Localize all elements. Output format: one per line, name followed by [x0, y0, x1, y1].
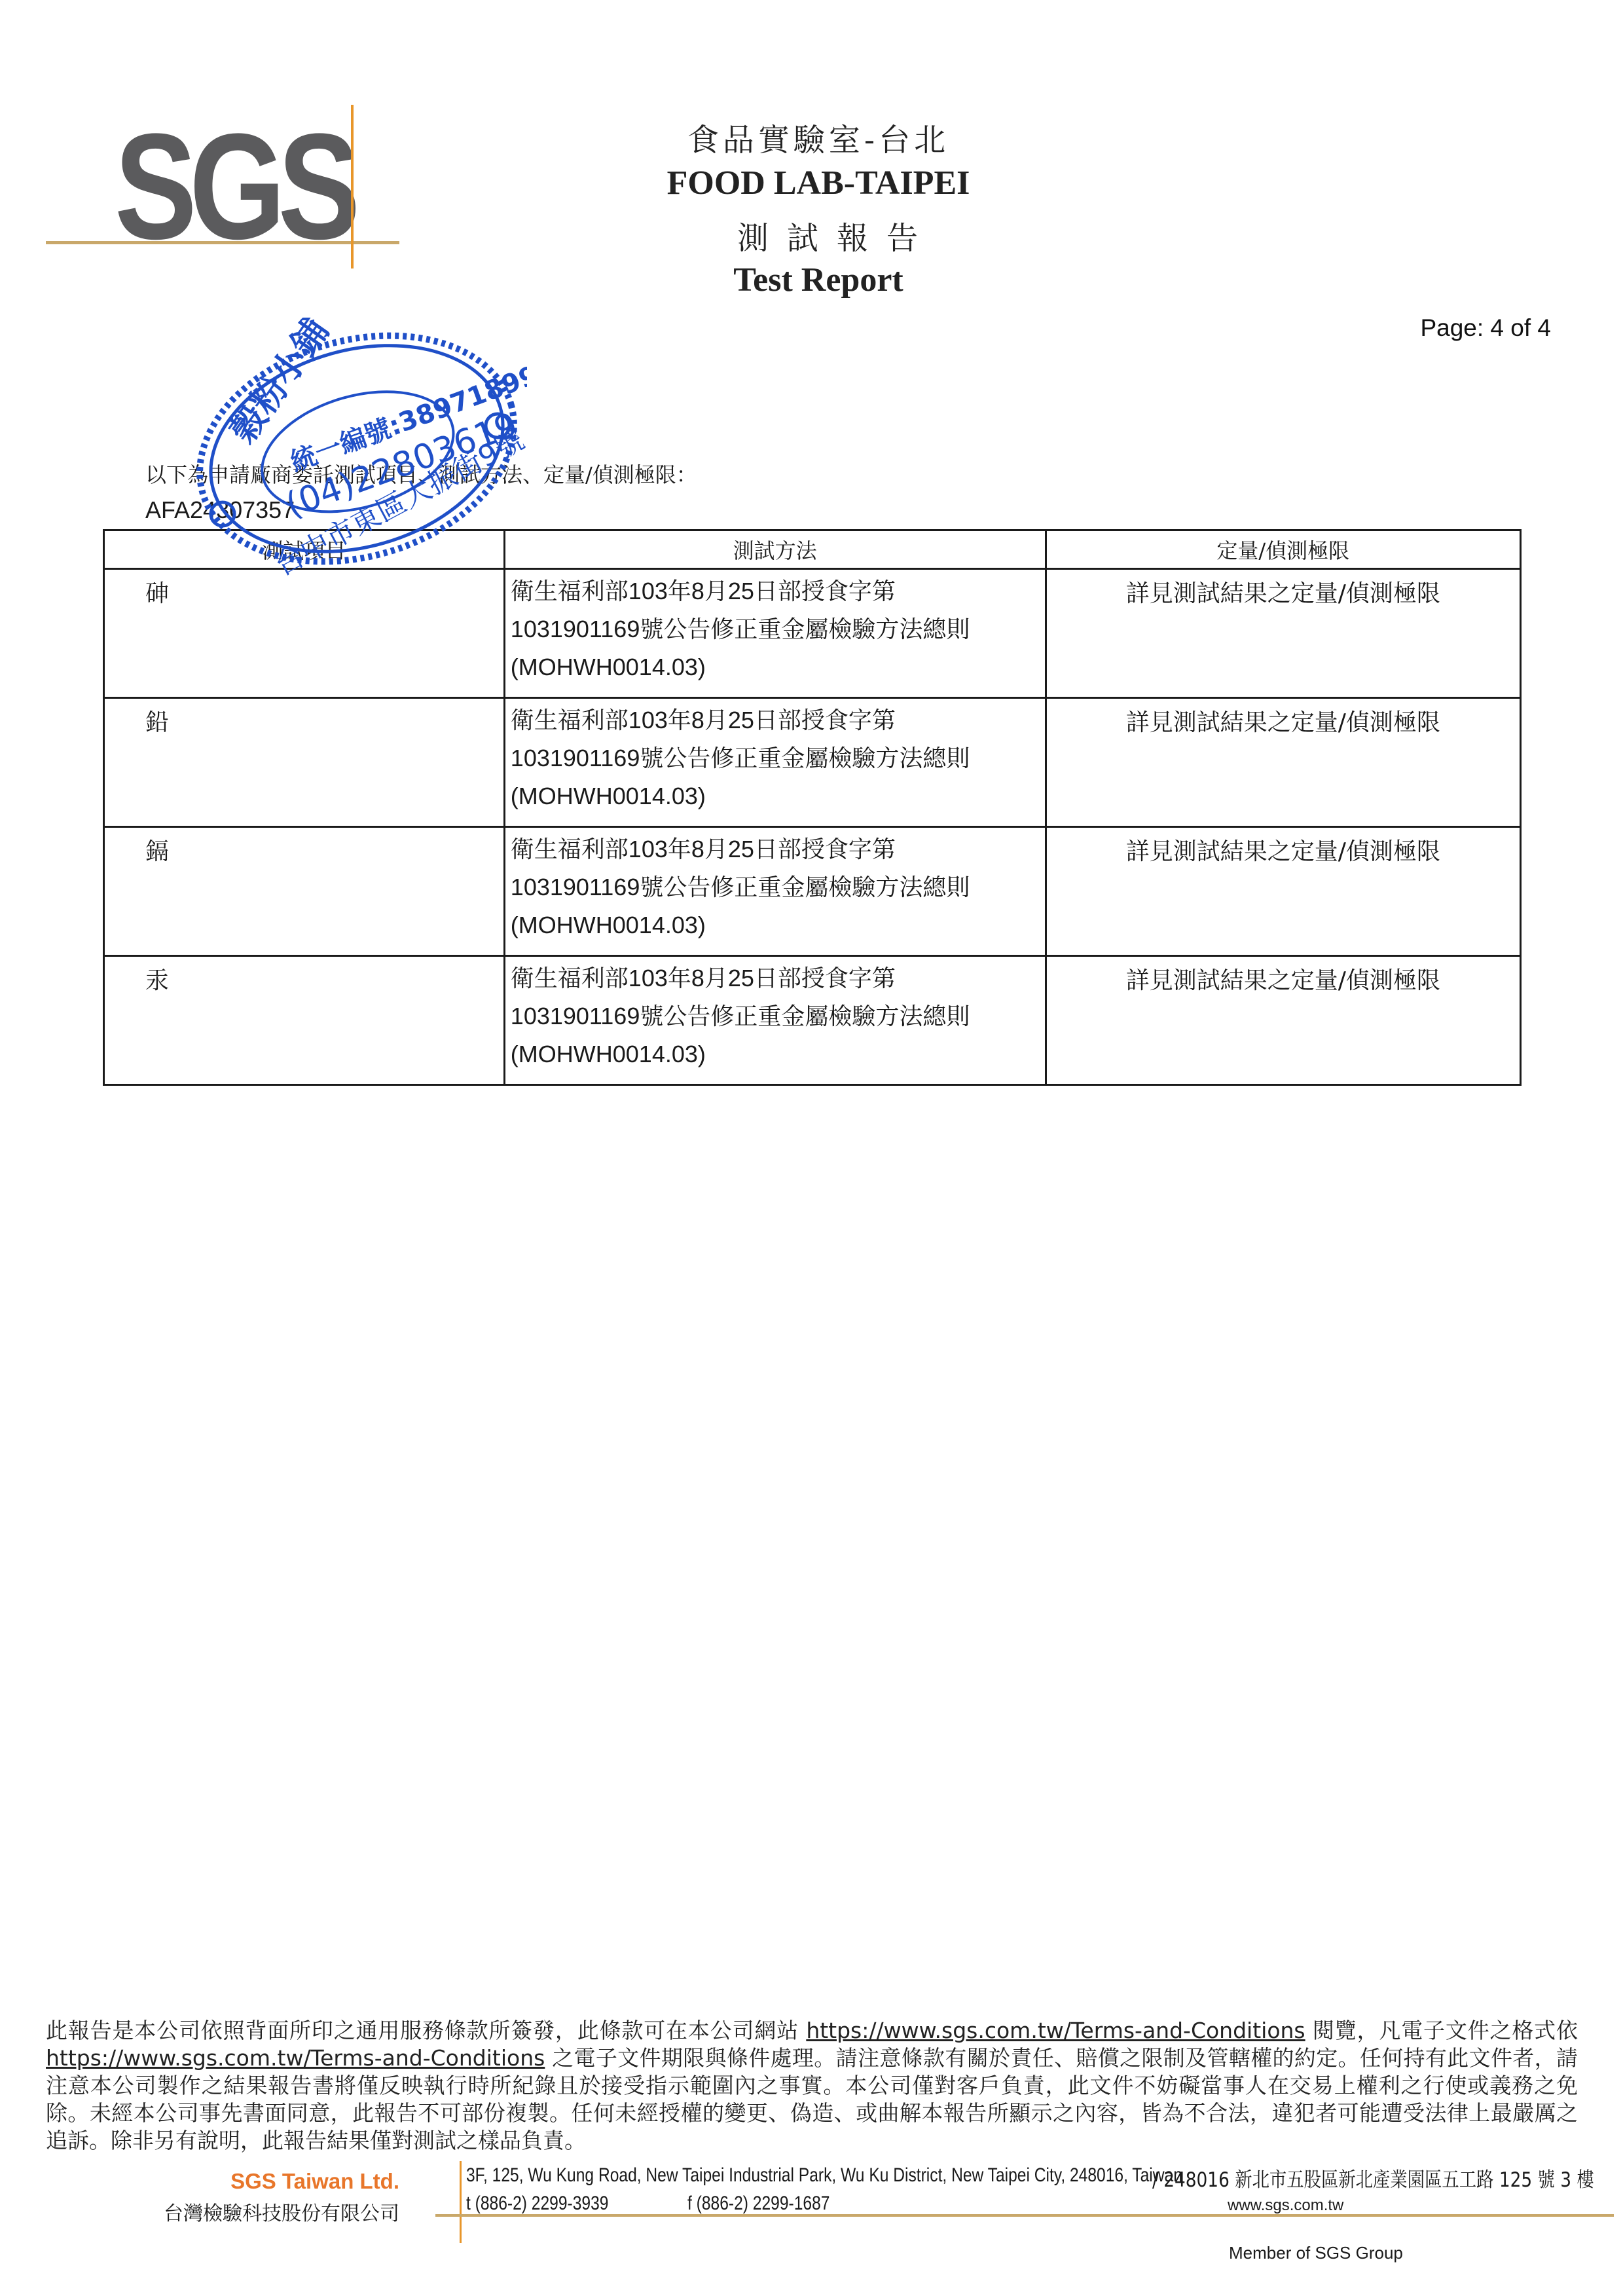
method-code: (MOHWH0014.03) — [511, 1035, 1045, 1073]
table-row: 砷 衛生福利部103年8月25日部授食字第 1031901169號公告修正重金屬… — [104, 569, 1521, 698]
test-method-cell: 衛生福利部103年8月25日部授食字第 1031901169號公告修正重金屬檢驗… — [504, 569, 1046, 698]
table-row: 汞 衛生福利部103年8月25日部授食字第 1031901169號公告修正重金屬… — [104, 956, 1521, 1085]
header-test-method: 測試方法 — [504, 530, 1046, 569]
footer-address-en: 3F, 125, Wu Kung Road, New Taipei Indust… — [466, 2164, 1182, 2187]
method-line: 1031901169號公告修正重金屬檢驗方法總則 — [511, 997, 1045, 1035]
company-stamp: 穀粉小鋪 統一編號:38971899 (04)22803619 台中市東區大振街… — [187, 318, 527, 580]
footer-fax: f (886-2) 2299-1687 — [687, 2193, 830, 2215]
logo-vertical-line — [351, 105, 354, 268]
test-method-cell: 衛生福利部103年8月25日部授食字第 1031901169號公告修正重金屬檢驗… — [504, 956, 1046, 1085]
sgs-logo: SGS — [115, 121, 353, 252]
method-code: (MOHWH0014.03) — [511, 777, 1045, 815]
footer-website[interactable]: www.sgs.com.tw — [1228, 2196, 1343, 2215]
stamp-char: 穀粉小鋪 — [222, 318, 337, 450]
method-line: 衛生福利部103年8月25日部授食字第 — [511, 959, 1045, 997]
method-code: (MOHWH0014.03) — [511, 648, 1045, 686]
method-line: 1031901169號公告修正重金屬檢驗方法總則 — [511, 868, 1045, 906]
method-line: 1031901169號公告修正重金屬檢驗方法總則 — [511, 739, 1045, 777]
footer-company-zh: 台灣檢驗科技股份有限公司 — [131, 2197, 399, 2226]
method-code: (MOHWH0014.03) — [511, 906, 1045, 944]
test-method-cell: 衛生福利部103年8月25日部授食字第 1031901169號公告修正重金屬檢驗… — [504, 698, 1046, 827]
lab-title-zh: 食品實驗室-台北 — [589, 115, 1048, 160]
method-line: 衛生福利部103年8月25日部授食字第 — [511, 830, 1045, 868]
disclaimer-text: 此報告是本公司依照背面所印之通用服務條款所簽發，此條款可在本公司網站 https… — [46, 2017, 1578, 2155]
footer-divider-horizontal — [435, 2214, 1614, 2217]
method-line: 衛生福利部103年8月25日部授食字第 — [511, 701, 1045, 739]
disclaimer-part: 此報告是本公司依照背面所印之通用服務條款所簽發，此條款可在本公司網站 — [46, 2018, 806, 2043]
table-row: 鎘 衛生福利部103年8月25日部授食字第 1031901169號公告修正重金屬… — [104, 827, 1521, 956]
page-number: Page: 4 of 4 — [1420, 314, 1551, 342]
detection-limit-cell: 詳見測試結果之定量/偵測極限 — [1046, 569, 1520, 698]
test-item-mercury: 汞 — [104, 956, 505, 1085]
method-line: 衛生福利部103年8月25日部授食字第 — [511, 572, 1045, 610]
table-row: 鉛 衛生福利部103年8月25日部授食字第 1031901169號公告修正重金屬… — [104, 698, 1521, 827]
footer-company-en: SGS Taiwan Ltd. — [229, 2169, 399, 2194]
terms-link[interactable]: https://www.sgs.com.tw/Terms-and-Conditi… — [806, 2018, 1305, 2043]
footer-telephone: t (886-2) 2299-3939 — [466, 2193, 608, 2215]
detection-limit-cell: 詳見測試結果之定量/偵測極限 — [1046, 827, 1520, 956]
test-method-table: 測試項目 測試方法 定量/偵測極限 砷 衛生福利部103年8月25日部授食字第 … — [103, 529, 1522, 1086]
lab-title-en: FOOD LAB-TAIPEI — [589, 164, 1048, 202]
report-title-en: Test Report — [589, 261, 1048, 299]
logo-underline — [46, 241, 399, 244]
footer-divider-vertical — [460, 2161, 462, 2243]
test-item-arsenic: 砷 — [104, 569, 505, 698]
test-item-cadmium: 鎘 — [104, 827, 505, 956]
disclaimer-part: 閱覽，凡電子文件之格式依 — [1305, 2018, 1578, 2043]
footer-member-text: Member of SGS Group — [1229, 2243, 1403, 2263]
method-line: 1031901169號公告修正重金屬檢驗方法總則 — [511, 610, 1045, 648]
test-method-cell: 衛生福利部103年8月25日部授食字第 1031901169號公告修正重金屬檢驗… — [504, 827, 1046, 956]
report-title-zh: 測試報告 — [589, 213, 1066, 258]
footer-address-zh: / 248016 新北市五股區新北產業園區五工路 125 號 3 樓 — [1152, 2163, 1594, 2193]
detection-limit-cell: 詳見測試結果之定量/偵測極限 — [1046, 698, 1520, 827]
terms-link[interactable]: https://www.sgs.com.tw/Terms-and-Conditi… — [46, 2045, 545, 2071]
test-item-lead: 鉛 — [104, 698, 505, 827]
header-detection-limit: 定量/偵測極限 — [1046, 530, 1520, 569]
detection-limit-cell: 詳見測試結果之定量/偵測極限 — [1046, 956, 1520, 1085]
